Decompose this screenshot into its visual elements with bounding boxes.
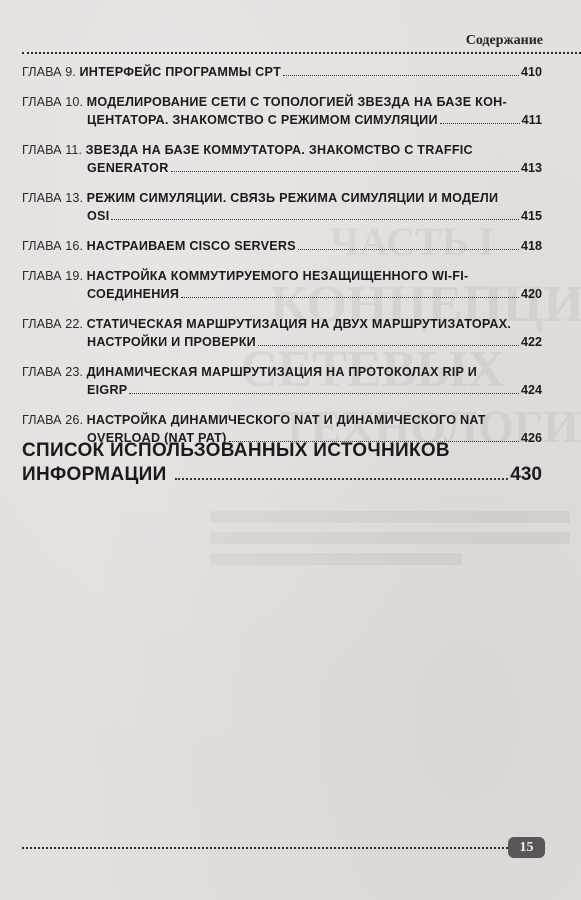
- bibliography-page-number: 430: [510, 464, 542, 486]
- toc-entry[interactable]: ГЛАВА 23. ДИНАМИЧЕСКАЯ МАРШРУТИЗАЦИЯ НА …: [22, 363, 542, 399]
- toc-entry[interactable]: ГЛАВА 13. РЕЖИМ СИМУЛЯЦИИ. СВЯЗЬ РЕЖИМА …: [22, 189, 542, 225]
- chapter-title-continued: СОЕДИНЕНИЯ: [87, 285, 179, 303]
- chapter-page-number: 424: [521, 381, 542, 399]
- bibliography-title-line1: СПИСОК ИСПОЛЬЗОВАННЫХ ИСТОЧНИКОВ: [22, 439, 542, 463]
- chapter-label: ГЛАВА 13.: [22, 191, 83, 205]
- dot-leader: [171, 171, 519, 172]
- toc-entry[interactable]: ГЛАВА 19. НАСТРОЙКА КОММУТИРУЕМОГО НЕЗАЩ…: [22, 267, 542, 303]
- chapter-label: ГЛАВА 11.: [22, 143, 82, 157]
- dot-leader: [298, 249, 519, 250]
- chapter-title: МОДЕЛИРОВАНИЕ СЕТИ С ТОПОЛОГИЕЙ ЗВЕЗДА Н…: [87, 95, 507, 109]
- chapter-title: ДИНАМИЧЕСКАЯ МАРШРУТИЗАЦИЯ НА ПРОТОКОЛАХ…: [87, 365, 477, 379]
- chapter-title-continued: ЦЕНТАТОРА. ЗНАКОМСТВО С РЕЖИМОМ СИМУЛЯЦИ…: [87, 111, 438, 129]
- chapter-page-number: 420: [521, 285, 542, 303]
- chapter-title-continued: EIGRP: [87, 381, 127, 399]
- dot-leader: [283, 75, 519, 76]
- chapter-label: ГЛАВА 16.: [22, 237, 83, 255]
- toc-entry[interactable]: ГЛАВА 16. НАСТРАИВАЕМ CISCO SERVERS418: [22, 237, 542, 255]
- chapter-label: ГЛАВА 19.: [22, 269, 83, 283]
- chapter-label: ГЛАВА 22.: [22, 317, 83, 331]
- chapter-page-number: 418: [521, 237, 542, 255]
- chapter-label: ГЛАВА 23.: [22, 365, 83, 379]
- dot-leader: [181, 297, 519, 298]
- dot-leader: [129, 393, 519, 394]
- chapter-title: РЕЖИМ СИМУЛЯЦИИ. СВЯЗЬ РЕЖИМА СИМУЛЯЦИИ …: [87, 191, 499, 205]
- toc-entry[interactable]: ГЛАВА 22. СТАТИЧЕСКАЯ МАРШРУТИЗАЦИЯ НА Д…: [22, 315, 542, 351]
- chapter-title-continued: OSI: [87, 207, 109, 225]
- chapter-title: ЗВЕЗДА НА БАЗЕ КОММУТАТОРА. ЗНАКОМСТВО С…: [86, 143, 473, 157]
- chapter-label: ГЛАВА 10.: [22, 95, 83, 109]
- chapter-page-number: 422: [521, 333, 542, 351]
- dot-leader: [258, 345, 519, 346]
- chapter-page-number: 410: [521, 63, 542, 81]
- toc-entry[interactable]: ГЛАВА 9. ИНТЕРФЕЙС ПРОГРАММЫ CPT410: [22, 63, 542, 81]
- toc-entry[interactable]: ГЛАВА 10. МОДЕЛИРОВАНИЕ СЕТИ С ТОПОЛОГИЕ…: [22, 93, 542, 129]
- bibliography-title-line2: ИНФОРМАЦИИ: [22, 463, 167, 487]
- footer-dotted-rule: [22, 847, 508, 849]
- page-number-badge: 15: [508, 837, 545, 858]
- bleed-through-paragraph: [210, 502, 570, 566]
- chapter-page-number: 415: [521, 207, 542, 225]
- table-of-contents: ГЛАВА 9. ИНТЕРФЕЙС ПРОГРАММЫ CPT410ГЛАВА…: [22, 63, 542, 459]
- chapter-label: ГЛАВА 26.: [22, 413, 83, 427]
- chapter-page-number: 413: [521, 159, 542, 177]
- chapter-title: НАСТРОЙКА КОММУТИРУЕМОГО НЕЗАЩИЩЕННОГО W…: [87, 269, 469, 283]
- running-head: Содержание: [466, 33, 543, 49]
- dot-leader: [440, 123, 520, 124]
- chapter-title-continued: НАСТРОЙКИ И ПРОВЕРКИ: [87, 333, 256, 351]
- header-dotted-rule: [22, 52, 581, 54]
- dot-leader: [175, 478, 509, 480]
- chapter-title-continued: GENERATOR: [87, 159, 169, 177]
- toc-entry[interactable]: ГЛАВА 11. ЗВЕЗДА НА БАЗЕ КОММУТАТОРА. ЗН…: [22, 141, 542, 177]
- toc-entry-bibliography[interactable]: СПИСОК ИСПОЛЬЗОВАННЫХ ИСТОЧНИКОВ ИНФОРМА…: [22, 439, 542, 487]
- chapter-title: ИНТЕРФЕЙС ПРОГРАММЫ CPT: [79, 63, 281, 81]
- chapter-page-number: 411: [522, 111, 542, 129]
- chapter-title: СТАТИЧЕСКАЯ МАРШРУТИЗАЦИЯ НА ДВУХ МАРШРУ…: [87, 317, 512, 331]
- chapter-title: НАСТРОЙКА ДИНАМИЧЕСКОГО NAT И ДИНАМИЧЕСК…: [87, 413, 486, 427]
- chapter-label: ГЛАВА 9.: [22, 63, 76, 81]
- chapter-title: НАСТРАИВАЕМ CISCO SERVERS: [87, 237, 296, 255]
- dot-leader: [111, 219, 519, 220]
